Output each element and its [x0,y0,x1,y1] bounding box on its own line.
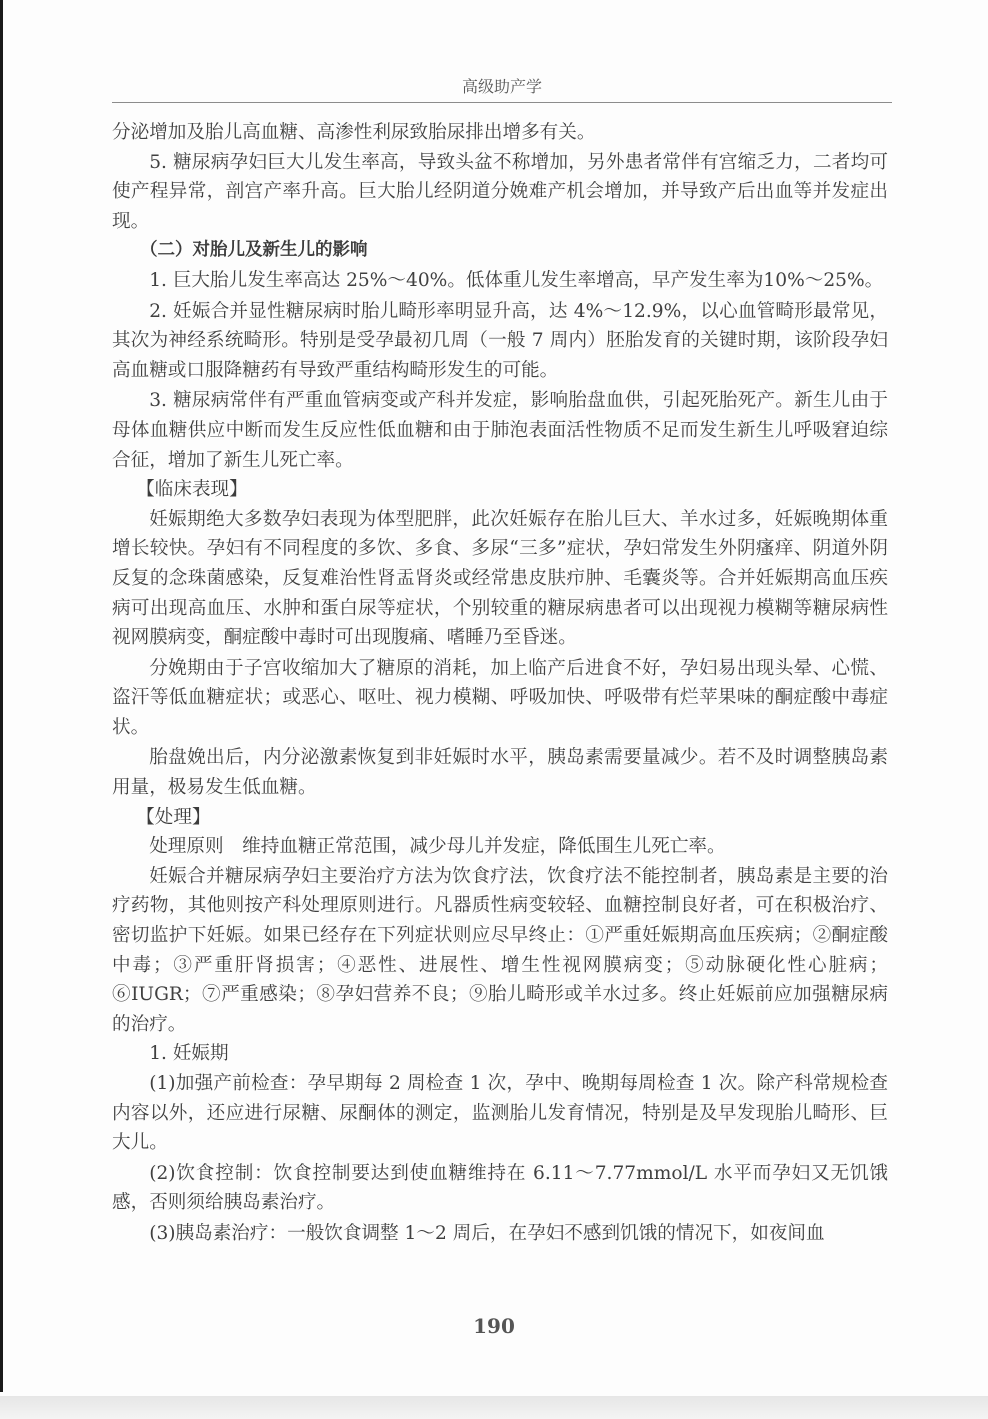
page-edge-border [0,0,3,1392]
page-number: 190 [0,1314,988,1338]
paragraph-diet-control: (2)饮食控制：饮食控制要达到使血糖维持在 6.11～7.77mmol/L 水平… [112,1159,888,1218]
paragraph-clinical-pregnancy: 妊娠期绝大多数孕妇表现为体型肥胖，此次妊娠存在胎儿巨大、羊水过多，妊娠晚期体重增… [112,505,888,653]
scan-bottom-edge [0,1396,988,1419]
paragraph-insulin-therapy: (3)胰岛素治疗：一般饮食调整 1～2 周后，在孕妇不感到饥饿的情况下，如夜间血 [112,1219,888,1249]
paragraph-clinical-delivery: 分娩期由于子宫收缩加大了糖原的消耗，加上临产后进食不好，孕妇易出现头晕、心慌、盗… [112,654,888,743]
book-page: 高级助产学 分泌增加及胎儿高血糖、高渗性利尿致胎尿排出增多有关。 5. 糖尿病孕… [0,0,988,1419]
paragraph-treatment-main: 妊娠合并糖尿病孕妇主要治疗方法为饮食疗法，饮食疗法不能控制者，胰岛素是主要的治疗… [112,862,888,1040]
paragraph-clinical-postpartum: 胎盘娩出后，内分泌激素恢复到非妊娠时水平，胰岛素需要量减少。若不及时调整胰岛素用… [112,743,888,802]
paragraph-item-5: 5. 糖尿病孕妇巨大儿发生率高，导致头盆不称增加，另外患者常伴有宫缩乏力，二者均… [112,148,888,237]
paragraph-continuation: 分泌增加及胎儿高血糖、高渗性利尿致胎尿排出增多有关。 [112,118,888,148]
header-rule [112,102,892,103]
paragraph-fetus-2: 2. 妊娠合并显性糖尿病时胎儿畸形率明显升高，达 4%～12.9%，以心血管畸形… [112,297,888,386]
section-heading-clinical: 【临床表现】 [112,475,888,505]
paragraph-pregnancy-period-heading: 1. 妊娠期 [112,1039,888,1069]
paragraph-treatment-principle: 处理原则 维持血糖正常范围，减少母儿并发症，降低围生儿死亡率。 [112,832,888,862]
paragraph-fetus-3: 3. 糖尿病常伴有严重血管病变或产科并发症，影响胎盘血供，引起死胎死产。新生儿由… [112,386,888,475]
subsection-heading-fetus: （二）对胎儿及新生儿的影响 [112,236,888,266]
section-heading-treatment: 【处理】 [112,803,888,833]
running-header: 高级助产学 [112,74,892,97]
body-text: 分泌增加及胎儿高血糖、高渗性利尿致胎尿排出增多有关。 5. 糖尿病孕妇巨大儿发生… [112,118,888,1249]
paragraph-fetus-1: 1. 巨大胎儿发生率高达 25%～40%。低体重儿发生率增高，早产发生率为10%… [112,266,888,296]
paragraph-prenatal-check: (1)加强产前检查：孕早期每 2 周检查 1 次，孕中、晚期每周检查 1 次。除… [112,1069,888,1158]
